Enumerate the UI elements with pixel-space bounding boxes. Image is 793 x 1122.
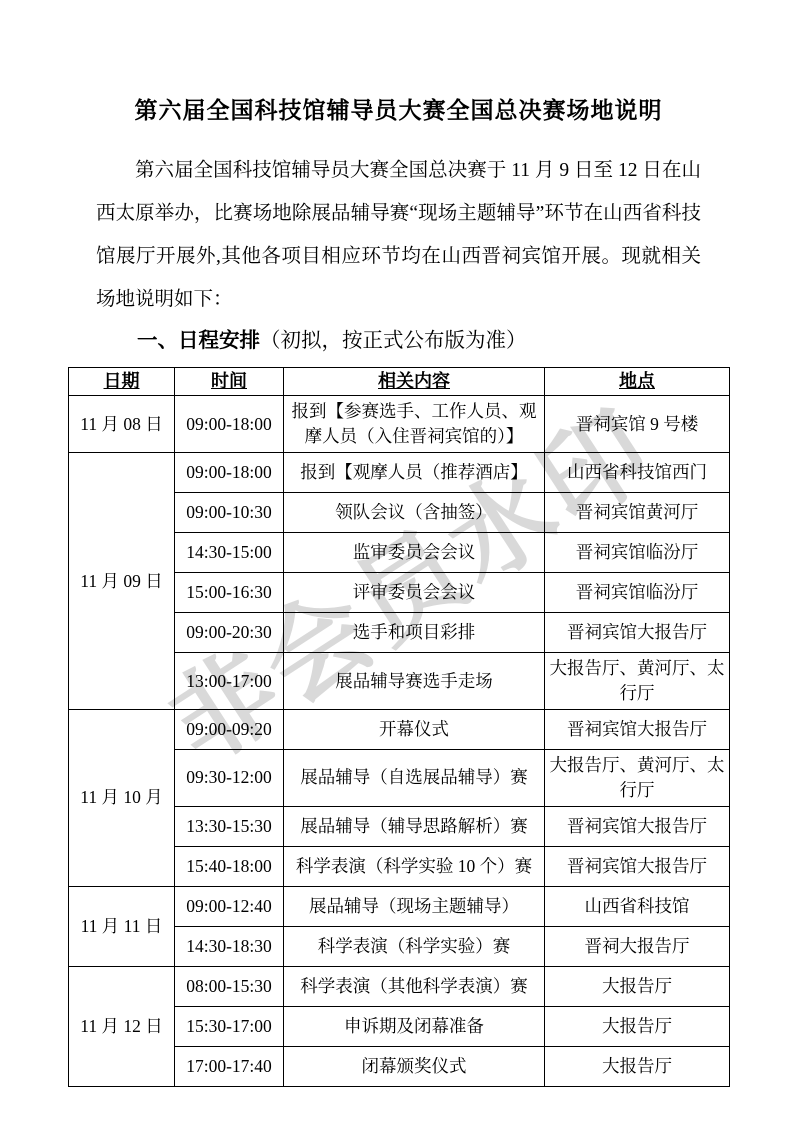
location-cell: 山西省科技馆 — [545, 886, 730, 926]
location-cell: 晋祠宾馆临汾厅 — [545, 533, 730, 573]
table-row: 11 月 09 日09:00-18:00报到【观摩人员（推荐酒店】山西省科技馆西… — [69, 453, 730, 493]
section-heading-note: （初拟，按正式公布版为准） — [260, 330, 527, 352]
content-cell: 科学表演（其他科学表演）赛 — [284, 966, 545, 1006]
location-cell: 晋祠宾馆大报告厅 — [545, 709, 730, 749]
time-cell: 08:00-15:30 — [175, 966, 284, 1006]
content-cell: 科学表演（科学实验）赛 — [284, 926, 545, 966]
table-row: 11 月 10 月09:00-09:20开幕仪式晋祠宾馆大报告厅 — [69, 709, 730, 749]
section-heading: 一、日程安排（初拟，按正式公布版为准） — [96, 326, 701, 356]
content-cell: 选手和项目彩排 — [284, 613, 545, 653]
header-location: 地点 — [545, 367, 730, 396]
content-cell: 开幕仪式 — [284, 709, 545, 749]
header-date: 日期 — [69, 367, 175, 396]
location-cell: 晋祠宾馆临汾厅 — [545, 573, 730, 613]
document-content: 第六届全国科技馆辅导员大赛全国总决赛场地说明 第六届全国科技馆辅导员大赛全国总决… — [0, 0, 793, 1087]
table-row: 11 月 08 日09:00-18:00报到【参赛选手、工作人员、观摩人员（入住… — [69, 396, 730, 453]
intro-paragraph: 第六届全国科技馆辅导员大赛全国总决赛于 11 月 9 日至 12 日在山西太原举… — [96, 149, 701, 321]
location-cell: 大报告厅、黄河厅、太行厅 — [545, 653, 730, 710]
document-page: 非会员水印 第六届全国科技馆辅导员大赛全国总决赛场地说明 第六届全国科技馆辅导员… — [0, 0, 793, 1122]
time-cell: 09:00-12:40 — [175, 886, 284, 926]
time-cell: 14:30-15:00 — [175, 533, 284, 573]
schedule-table: 日期 时间 相关内容 地点 11 月 08 日09:00-18:00报到【参赛选… — [68, 367, 730, 1087]
table-row: 11 月 11 日09:00-12:40展品辅导（现场主题辅导）山西省科技馆 — [69, 886, 730, 926]
location-cell: 晋祠宾馆大报告厅 — [545, 613, 730, 653]
time-cell: 13:00-17:00 — [175, 653, 284, 710]
date-cell: 11 月 12 日 — [69, 966, 175, 1086]
content-cell: 展品辅导（自选展品辅导）赛 — [284, 749, 545, 806]
time-cell: 15:40-18:00 — [175, 846, 284, 886]
content-cell: 报到【参赛选手、工作人员、观摩人员（入住晋祠宾馆的）】 — [284, 396, 545, 453]
header-time: 时间 — [175, 367, 284, 396]
location-cell: 山西省科技馆西门 — [545, 453, 730, 493]
time-cell: 09:00-18:00 — [175, 453, 284, 493]
table-row: 11 月 12 日08:00-15:30科学表演（其他科学表演）赛大报告厅 — [69, 966, 730, 1006]
time-cell: 17:00-17:40 — [175, 1046, 284, 1086]
location-cell: 晋祠大报告厅 — [545, 926, 730, 966]
time-cell: 15:30-17:00 — [175, 1006, 284, 1046]
section-heading-title: 一、日程安排 — [137, 329, 260, 352]
time-cell: 09:00-09:20 — [175, 709, 284, 749]
content-cell: 展品辅导（辅导思路解析）赛 — [284, 806, 545, 846]
time-cell: 09:00-20:30 — [175, 613, 284, 653]
content-cell: 展品辅导赛选手走场 — [284, 653, 545, 710]
location-cell: 大报告厅 — [545, 1006, 730, 1046]
location-cell: 晋祠宾馆 9 号楼 — [545, 396, 730, 453]
date-cell: 11 月 08 日 — [69, 396, 175, 453]
table-header-row: 日期 时间 相关内容 地点 — [69, 367, 730, 396]
content-cell: 申诉期及闭幕准备 — [284, 1006, 545, 1046]
content-cell: 报到【观摩人员（推荐酒店】 — [284, 453, 545, 493]
time-cell: 15:00-16:30 — [175, 573, 284, 613]
document-title: 第六届全国科技馆辅导员大赛全国总决赛场地说明 — [68, 0, 729, 126]
time-cell: 09:00-18:00 — [175, 396, 284, 453]
content-cell: 评审委员会会议 — [284, 573, 545, 613]
location-cell: 大报告厅、黄河厅、太行厅 — [545, 749, 730, 806]
content-cell: 领队会议（含抽签） — [284, 493, 545, 533]
content-cell: 闭幕颁奖仪式 — [284, 1046, 545, 1086]
content-cell: 科学表演（科学实验 10 个）赛 — [284, 846, 545, 886]
content-cell: 监审委员会会议 — [284, 533, 545, 573]
location-cell: 晋祠宾馆黄河厅 — [545, 493, 730, 533]
date-cell: 11 月 10 月 — [69, 709, 175, 886]
date-cell: 11 月 09 日 — [69, 453, 175, 710]
location-cell: 大报告厅 — [545, 1046, 730, 1086]
header-content: 相关内容 — [284, 367, 545, 396]
location-cell: 大报告厅 — [545, 966, 730, 1006]
location-cell: 晋祠宾馆大报告厅 — [545, 846, 730, 886]
time-cell: 09:30-12:00 — [175, 749, 284, 806]
time-cell: 13:30-15:30 — [175, 806, 284, 846]
time-cell: 09:00-10:30 — [175, 493, 284, 533]
content-cell: 展品辅导（现场主题辅导） — [284, 886, 545, 926]
location-cell: 晋祠宾馆大报告厅 — [545, 806, 730, 846]
date-cell: 11 月 11 日 — [69, 886, 175, 966]
time-cell: 14:30-18:30 — [175, 926, 284, 966]
